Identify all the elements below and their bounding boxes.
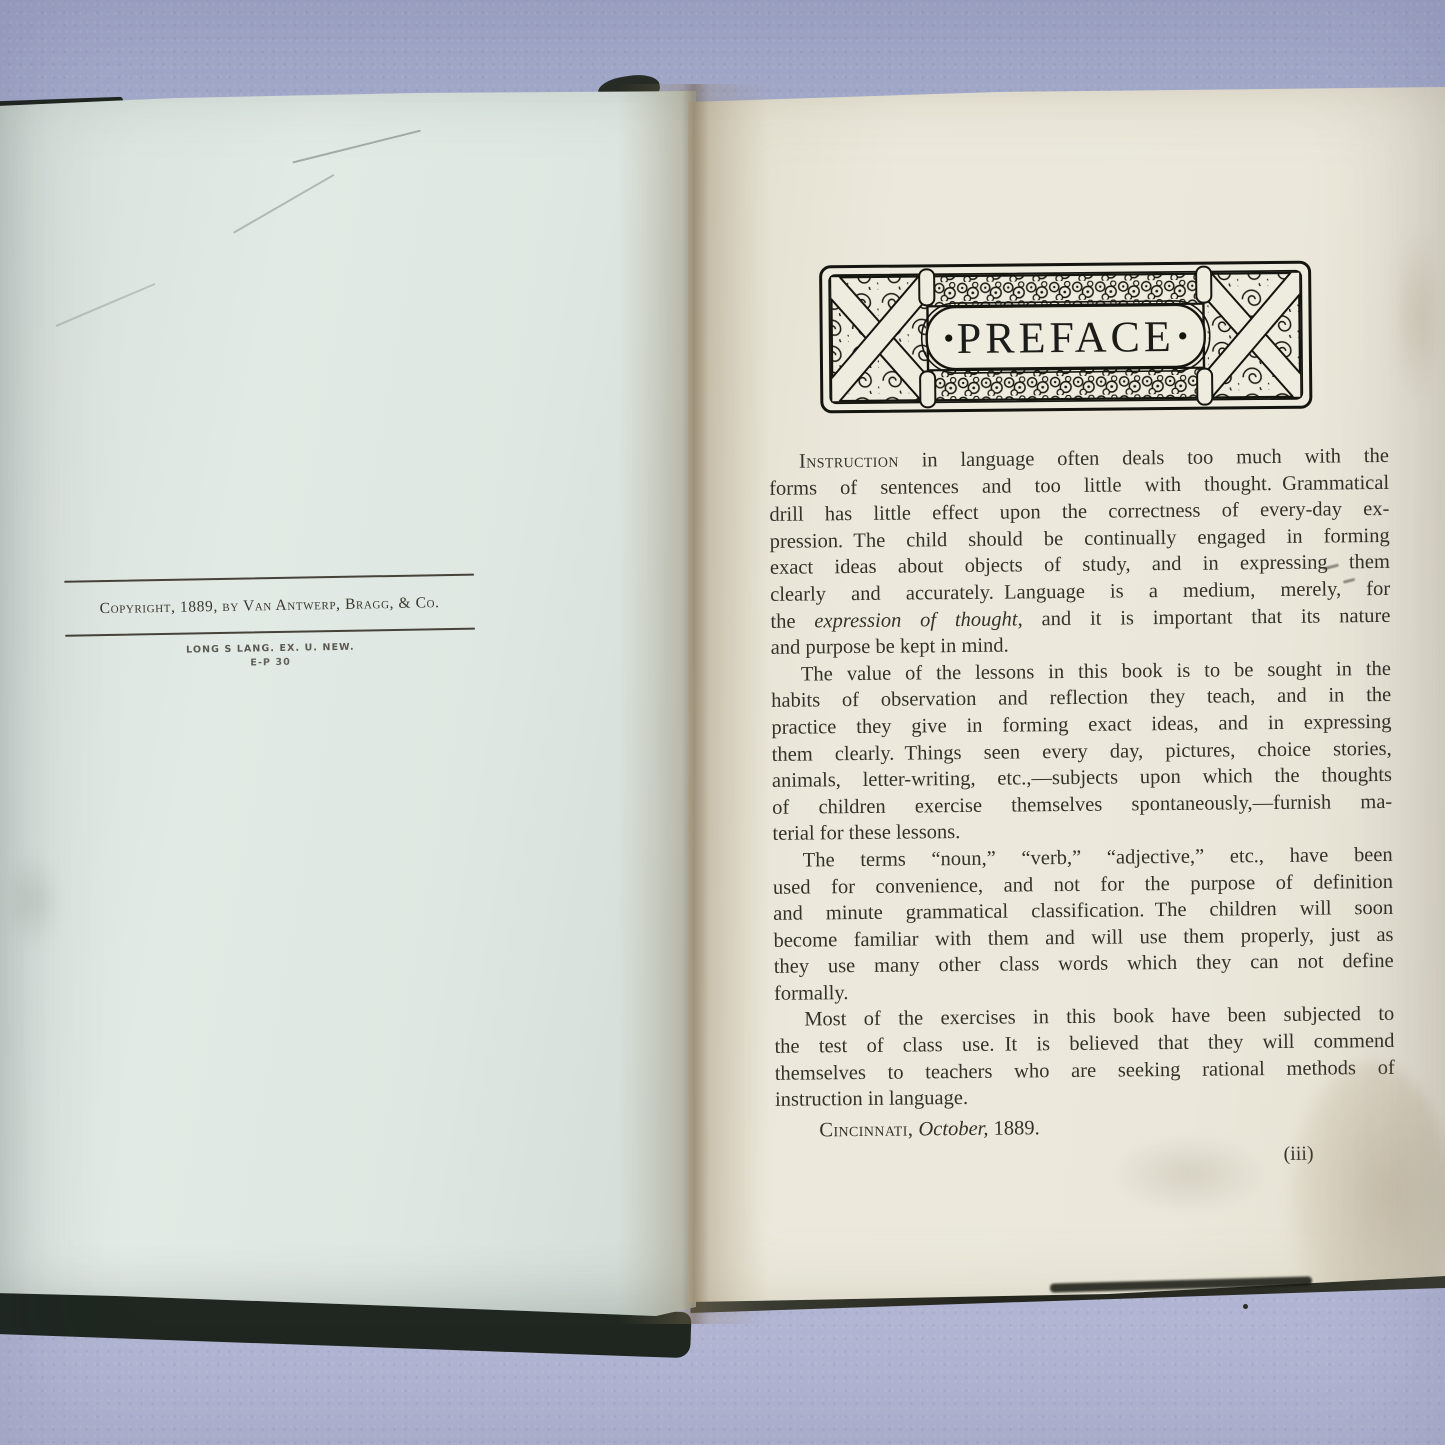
text-segment: instruction in language. — [775, 1087, 968, 1111]
text-segment: exact ideas about objects of study, and … — [770, 551, 1390, 579]
text-segment: forms of sentences and too little with t… — [769, 471, 1389, 499]
text-segment: Instruction — [799, 450, 899, 473]
page-scratch — [292, 130, 420, 163]
text-segment: the test of class use. It is believed th… — [774, 1030, 1394, 1058]
text-segment: of children exercise themselves spontane… — [772, 791, 1392, 819]
left-page: Copyright, 1889, by Van Antwerp, Bragg, … — [0, 84, 696, 1324]
text-segment: Cincinnati, — [819, 1118, 913, 1141]
right-page-content: PREFACE Instruction in language often de… — [681, 78, 1445, 1311]
copyright-rule-top — [64, 574, 474, 583]
copyright-block: Copyright, 1889, by Van Antwerp, Bragg, … — [64, 574, 476, 672]
text-segment: expression of thought — [814, 608, 1017, 632]
text-segment: The terms “noun,” “verb,” “adjective,” e… — [803, 844, 1393, 872]
preface-text-block: Instruction in language often deals too … — [769, 443, 1396, 1173]
left-page-content: Copyright, 1889, by Van Antwerp, Bragg, … — [0, 78, 707, 1330]
text-segment: Most of the exercises in this book have … — [804, 1003, 1394, 1031]
text-segment: habits of observation and reflection the… — [771, 684, 1391, 712]
preface-paragraph: Instruction in language often deals too … — [769, 443, 1391, 662]
text-segment: formally. — [774, 982, 849, 1005]
book-photo: Copyright, 1889, by Van Antwerp, Bragg, … — [0, 0, 1445, 1445]
banner-dot-left — [945, 334, 952, 341]
page-number: (iii) — [775, 1140, 1395, 1173]
text-segment: and purpose be kept in mind. — [771, 635, 1009, 659]
text-segment: practice they give in forming exact idea… — [771, 711, 1391, 739]
page-scratch — [233, 174, 334, 233]
text-segment: clearly and accurately. Language is a me… — [770, 578, 1390, 606]
preface-banner-title: PREFACE — [957, 312, 1175, 363]
text-segment: and minute grammatical classification. T… — [773, 897, 1393, 925]
text-segment: 1889. — [988, 1117, 1039, 1139]
text-segment: , and it is important that its nature — [1017, 604, 1390, 630]
page-scratch — [55, 283, 155, 327]
copyright-line: Copyright, 1889, by Van Antwerp, Bragg, … — [65, 594, 475, 619]
text-segment: themselves to teachers who are seeking r… — [775, 1057, 1395, 1085]
text-segment: animals, letter-writing, etc.,—subjects … — [772, 764, 1392, 792]
text-segment: them clearly. Things seen every day, pic… — [772, 737, 1392, 765]
copyright-rule-bottom — [65, 628, 475, 637]
preface-paragraph: The terms “noun,” “verb,” “adjective,” e… — [773, 842, 1395, 1008]
preface-line: instruction in language. — [775, 1081, 1395, 1114]
preface-paragraph: The value of the lessons in this book is… — [771, 656, 1393, 848]
text-segment: October, — [918, 1118, 988, 1141]
text-segment: they use many other class words which th… — [774, 950, 1394, 978]
text-segment: used for convenience, and not for the pu… — [773, 870, 1393, 898]
text-segment: pression. The child should be continuall… — [770, 525, 1390, 553]
text-segment: terial for these lessons. — [772, 821, 960, 845]
text-segment: the — [770, 610, 814, 632]
banner-dot-right — [1179, 332, 1186, 339]
preface-paragraph: Most of the exercises in this book have … — [774, 1001, 1395, 1113]
text-segment: drill has little effect upon the correct… — [769, 498, 1389, 526]
closing-line: Cincinnati, October, 1889. — [775, 1112, 1395, 1145]
text-segment: in language often deals too much with th… — [899, 445, 1389, 472]
preface-banner-illustration: PREFACE — [818, 260, 1313, 415]
text-segment: The value of the lessons in this book is… — [801, 658, 1391, 686]
right-page: PREFACE Instruction in language often de… — [688, 82, 1445, 1308]
text-segment: become familiar with them and will use t… — [773, 924, 1393, 952]
preface-paragraphs: Instruction in language often deals too … — [769, 443, 1395, 1114]
